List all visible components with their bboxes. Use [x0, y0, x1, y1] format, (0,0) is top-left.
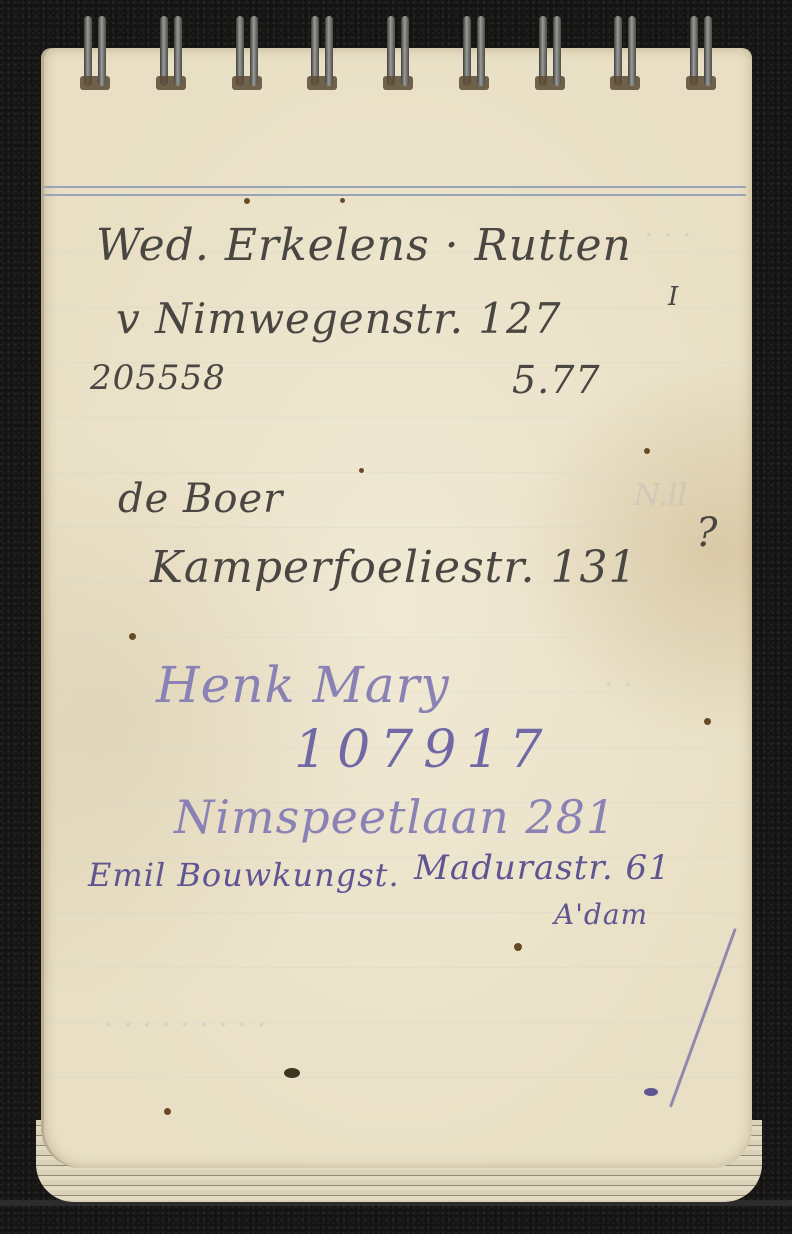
entry-phone: 107917: [294, 720, 553, 780]
entry-phone: 205558: [90, 358, 226, 398]
entry-name: de Boer: [118, 476, 283, 522]
stain: [340, 198, 345, 203]
entry-note: 5.77: [512, 358, 601, 402]
entry-name: Emil Bouwkungst.: [88, 856, 400, 894]
stain: [644, 448, 650, 454]
stain: [129, 633, 136, 640]
ink-blot: [644, 1088, 658, 1096]
bleed-through-text: · ·: [604, 668, 633, 703]
spiral-coil: [533, 16, 567, 90]
stain: [164, 1108, 171, 1115]
entry-address: v Nimwegenstr. 127: [116, 294, 561, 343]
bleed-through-text: · · ·: [644, 218, 692, 253]
entry-city: A'dam: [554, 898, 648, 931]
bleed-through-text: N.ll: [634, 478, 687, 513]
spiral-coil: [78, 16, 112, 90]
spiral-coil: [230, 16, 264, 90]
header-rule: [44, 186, 752, 198]
stain: [514, 943, 522, 951]
entry-address: Nimspeetlaan 281: [174, 790, 616, 844]
spiral-binding: [78, 16, 718, 96]
spiral-coil: [608, 16, 642, 90]
stain: [704, 718, 711, 725]
entry-address: Kamperfoeliestr. 131: [150, 542, 637, 593]
entry-address: Madurastr. 61: [414, 848, 671, 888]
notebook-page: · · · N.ll · · · · · · · · · · · Wed. Er…: [44, 48, 752, 1168]
spiral-coil: [457, 16, 491, 90]
header-rule-line-2: [44, 194, 746, 196]
entry-name: Wed. Erkelens · Rutten: [96, 220, 632, 271]
entry-floor: I: [668, 282, 679, 312]
entry-question-mark: ?: [696, 510, 718, 556]
spiral-coil: [305, 16, 339, 90]
spiral-coil: [381, 16, 415, 90]
bleed-through-text: · · · · · · · · ·: [104, 1008, 266, 1043]
entry-name: Henk Mary: [156, 656, 450, 714]
spiral-coil: [154, 16, 188, 90]
stain: [244, 198, 250, 204]
stain: [359, 468, 364, 473]
spiral-coil: [684, 16, 718, 90]
stain: [284, 1068, 300, 1078]
header-rule-line-1: [44, 186, 746, 188]
